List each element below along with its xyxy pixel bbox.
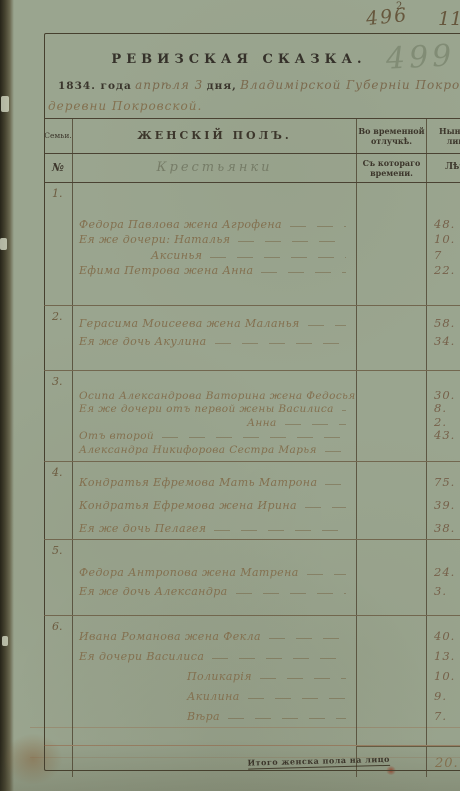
person-line: Кондратья Ефремова Мать Матрона — [73, 466, 356, 489]
dash-leader — [248, 698, 346, 699]
col-years-header: Лѣта. — [427, 154, 460, 182]
village-line: деревни Покровской. — [48, 99, 202, 113]
dash-leader — [215, 343, 346, 344]
dash-leader — [238, 241, 346, 242]
ages-cell: 75.39.38. — [427, 462, 460, 539]
dash-leader — [210, 257, 346, 258]
age-value: 30. — [427, 388, 455, 402]
age-value: 8. — [427, 401, 447, 415]
family-number-cell: 5. — [44, 540, 73, 615]
col-written-category: Крестьянки — [73, 154, 357, 182]
family-number: 6. — [44, 616, 72, 633]
person-name: Кондратья Ефремова Мать Матрона — [73, 476, 317, 489]
age-value: 43. — [427, 428, 455, 442]
person-name: Ивана Романова жена Фекла — [73, 630, 261, 643]
age-value: 34. — [427, 334, 455, 348]
dash-leader — [162, 437, 346, 438]
dash-leader — [325, 451, 346, 452]
age-value: 3. — [427, 584, 447, 598]
absence-cell — [357, 183, 427, 305]
date-handwritten: апрѣля 3 — [135, 78, 203, 92]
age-value: 58. — [427, 316, 455, 330]
dash-leader — [260, 678, 346, 679]
person-name: Ея же дочери отъ первой жены Василиса — [73, 403, 334, 415]
families: 1.Федора Павлова жена АгрофенаЕя же доче… — [44, 183, 460, 746]
person-line: Федора Павлова жена Агрофена — [73, 215, 356, 231]
family-number: 5. — [44, 540, 72, 557]
dash-leader — [212, 658, 346, 659]
person-line: Ея же дочери: Наталья — [73, 231, 356, 247]
age-line — [427, 442, 460, 456]
age-value: 48. — [427, 217, 455, 231]
ages-cell: 30.8.2.43. — [427, 371, 460, 461]
day-printed: дня, — [207, 80, 237, 92]
dash-leader — [261, 272, 346, 273]
dash-leader — [325, 484, 346, 485]
family-number: 3. — [44, 371, 72, 388]
person-name: Федора Павлова жена Агрофена — [73, 218, 282, 231]
ages-cell: 58.34. — [427, 306, 460, 370]
family-number-cell: 1. — [44, 183, 73, 305]
person-line: Поликарія — [73, 663, 356, 683]
province-handwritten: Владимірской Губерніи Покровскаго уѣзда — [240, 78, 460, 92]
folio-edge-number: 110 — [438, 8, 460, 30]
family-block: 5.Федора Антропова жена МатренаЕя же доч… — [44, 540, 460, 616]
person-line: Федора Антропова жена Матрена — [73, 560, 356, 579]
family-number: 1. — [44, 183, 72, 200]
age-line: 10. — [427, 231, 460, 247]
person-line: Ивана Романова жена Фекла — [73, 623, 356, 643]
age-line: 3. — [427, 579, 460, 598]
dash-leader — [269, 638, 346, 639]
age-value: 24. — [427, 565, 455, 579]
age-value: 38. — [427, 521, 455, 535]
dash-leader — [305, 507, 346, 508]
ages-cell: 40.13.10.9.7. — [427, 616, 460, 745]
col-absence-line1: Во временной — [358, 126, 424, 136]
year-printed: 1834. года — [58, 80, 132, 92]
total-absence-cell — [357, 746, 427, 777]
col-absence-line2: отлучкѣ. — [371, 136, 412, 146]
person-name: Герасима Моисеева жена Маланья — [73, 317, 300, 330]
age-value: 13. — [427, 649, 455, 663]
age-value: 39. — [427, 498, 455, 512]
age-line: 8. — [427, 402, 460, 416]
total-value: 20. — [427, 747, 460, 771]
names-cell: Ивана Романова жена ФеклаЕя дочери Васил… — [73, 616, 357, 745]
header-row-top: Семьи. ЖЕНСКІЙ ПОЛЪ. Во временной отлучк… — [44, 119, 460, 154]
dash-leader — [285, 424, 346, 425]
person-name: Ефима Петрова жена Анна — [73, 264, 253, 277]
names-cell: Герасима Моисеева жена МаланьяЕя же дочь… — [73, 306, 357, 370]
age-line: 34. — [427, 330, 460, 348]
total-row: Итого женска пола на лицо 20. — [44, 746, 460, 777]
person-line: Ея же дочь Акулина — [73, 330, 356, 348]
age-value: 75. — [427, 475, 455, 489]
person-line: Анна — [73, 415, 356, 429]
names-cell: Федора Антропова жена МатренаЕя же дочь … — [73, 540, 357, 615]
family-number-cell: 3. — [44, 371, 73, 461]
col-absence-header: Во временной отлучкѣ. — [357, 119, 427, 153]
age-line: 2. — [427, 415, 460, 429]
col-present-line1: Нынѣ на — [439, 126, 460, 136]
age-line: 58. — [427, 312, 460, 330]
person-name: Вѣра — [181, 710, 220, 723]
person-line: Ея дочери Василиса — [73, 643, 356, 663]
age-value: 2. — [427, 415, 447, 429]
age-value: 9. — [427, 689, 447, 703]
person-name: Ея же дочери: Наталья — [73, 233, 230, 246]
person-name: Отъ второй — [73, 430, 154, 442]
age-line: 75. — [427, 466, 460, 489]
dash-leader — [342, 410, 346, 411]
age-value: 10. — [427, 232, 455, 246]
col-female-sex-header: ЖЕНСКІЙ ПОЛЪ. — [73, 119, 357, 153]
person-name: Анна — [241, 417, 277, 429]
person-name: Александра Никифорова Сестра Марья — [73, 444, 317, 456]
family-number: 4. — [44, 462, 72, 479]
age-value: 40. — [427, 629, 455, 643]
total-label-cell: Итого женска пола на лицо — [73, 746, 357, 777]
person-name: Акилина — [181, 690, 240, 703]
col-family-header: Семьи. — [44, 119, 73, 153]
absence-cell — [357, 616, 427, 745]
dash-leader — [308, 325, 346, 326]
age-line: 39. — [427, 489, 460, 512]
person-name: Ея же дочь Александра — [73, 585, 228, 598]
person-name: Федора Антропова жена Матрена — [73, 566, 299, 579]
age-line: 43. — [427, 429, 460, 443]
person-name: Ея же дочь Акулина — [73, 335, 207, 348]
names-cell: Осипа Александрова Ваторина жена Федосья… — [73, 371, 357, 461]
family-number-cell: 4. — [44, 462, 73, 539]
scanned-revision-list-page: { "corner": { "tiny_number": "2", "ink_n… — [0, 0, 460, 791]
family-number-cell: 2. — [44, 306, 73, 370]
person-name: Ея дочери Василиса — [73, 650, 204, 663]
ages-cell: 48.10.722. — [427, 183, 460, 305]
age-line: 24. — [427, 560, 460, 579]
person-name: Кондратья Ефремова жена Ирина — [73, 499, 297, 512]
absence-cell — [357, 540, 427, 615]
person-line: Вѣра — [73, 703, 356, 723]
col-since-when-header: Съ котораго времени. — [357, 154, 427, 182]
family-block: 6.Ивана Романова жена ФеклаЕя дочери Вас… — [44, 616, 460, 746]
family-block: 3.Осипа Александрова Ваторина жена Федос… — [44, 371, 460, 462]
age-value: 7. — [427, 709, 447, 723]
age-value: 10. — [427, 669, 455, 683]
col-since-line2: времени. — [370, 168, 413, 178]
person-line: Герасима Моисеева жена Маланья — [73, 312, 356, 330]
dash-leader — [228, 718, 346, 719]
dash-leader — [290, 226, 346, 227]
names-cell: Федора Павлова жена АгрофенаЕя же дочери… — [73, 183, 357, 305]
family-number-cell: 6. — [44, 616, 73, 745]
col-present-line2: лицо. — [447, 136, 460, 146]
person-line: Ея же дочь Александра — [73, 579, 356, 598]
family-number: 2. — [44, 306, 72, 323]
family-block: 1.Федора Павлова жена АгрофенаЕя же доче… — [44, 183, 460, 306]
paper-tear-chip — [0, 238, 7, 250]
col-since-line1: Съ котораго — [363, 158, 421, 168]
person-line: Александра Никифорова Сестра Марья — [73, 442, 356, 456]
person-name: Аксинья — [145, 249, 202, 262]
paper-tear-chip — [2, 636, 8, 646]
binding-edge — [0, 0, 14, 791]
col-present-header: Нынѣ на лицо. — [427, 119, 460, 153]
person-line: Ея же дочь Пелагея — [73, 512, 356, 535]
person-line: Акилина — [73, 683, 356, 703]
ages-cell: 24.3. — [427, 540, 460, 615]
absence-cell — [357, 462, 427, 539]
person-line: Кондратья Ефремова жена Ирина — [73, 489, 356, 512]
age-line: 22. — [427, 262, 460, 278]
person-name: Осипа Александрова Ваторина жена Федосья — [73, 390, 356, 402]
absence-cell — [357, 371, 427, 461]
dash-leader — [236, 593, 346, 594]
age-line: 10. — [427, 663, 460, 683]
age-line: 13. — [427, 643, 460, 663]
age-line: 48. — [427, 215, 460, 231]
person-name: Поликарія — [181, 670, 252, 683]
revision-table: Семьи. ЖЕНСКІЙ ПОЛЪ. Во временной отлучк… — [44, 118, 460, 777]
person-line: Отъ второй — [73, 429, 356, 443]
age-line: 40. — [427, 623, 460, 643]
age-value: 7 — [427, 248, 442, 262]
person-line: Аксинья — [73, 246, 356, 262]
total-number-cell — [44, 746, 73, 777]
age-line: 38. — [427, 512, 460, 535]
person-line: Осипа Александрова Ваторина жена Федосья — [73, 388, 356, 402]
col-number-header: № — [44, 154, 73, 182]
date-line: 1834. года апрѣля 3 дня, Владимірской Гу… — [58, 78, 460, 92]
person-name: Ея же дочь Пелагея — [73, 522, 206, 535]
family-block: 4.Кондратья Ефремова Мать МатронаКондрат… — [44, 462, 460, 540]
age-line: 7. — [427, 703, 460, 723]
dash-leader — [214, 530, 346, 531]
age-value: 22. — [427, 263, 455, 277]
names-cell: Кондратья Ефремова Мать МатронаКондратья… — [73, 462, 357, 539]
age-line: 30. — [427, 388, 460, 402]
age-line: 9. — [427, 683, 460, 703]
folio-ink-number: 496 — [365, 4, 409, 30]
header-row-sub: № Крестьянки Съ котораго времени. Лѣта. — [44, 154, 460, 183]
total-label: Итого женска пола на лицо — [73, 754, 390, 772]
family-block: 2.Герасима Моисеева жена МаланьяЕя же до… — [44, 306, 460, 371]
absence-cell — [357, 306, 427, 370]
person-line: Ефима Петрова жена Анна — [73, 262, 356, 278]
paper-tear-chip — [1, 96, 9, 112]
person-line: Ея же дочери отъ первой жены Василиса — [73, 402, 356, 416]
total-value-cell: 20. — [427, 746, 460, 777]
age-line: 7 — [427, 246, 460, 262]
dash-leader — [307, 574, 346, 575]
page-title: РЕВИЗСКАЯ СКАЗКА. — [44, 52, 434, 67]
